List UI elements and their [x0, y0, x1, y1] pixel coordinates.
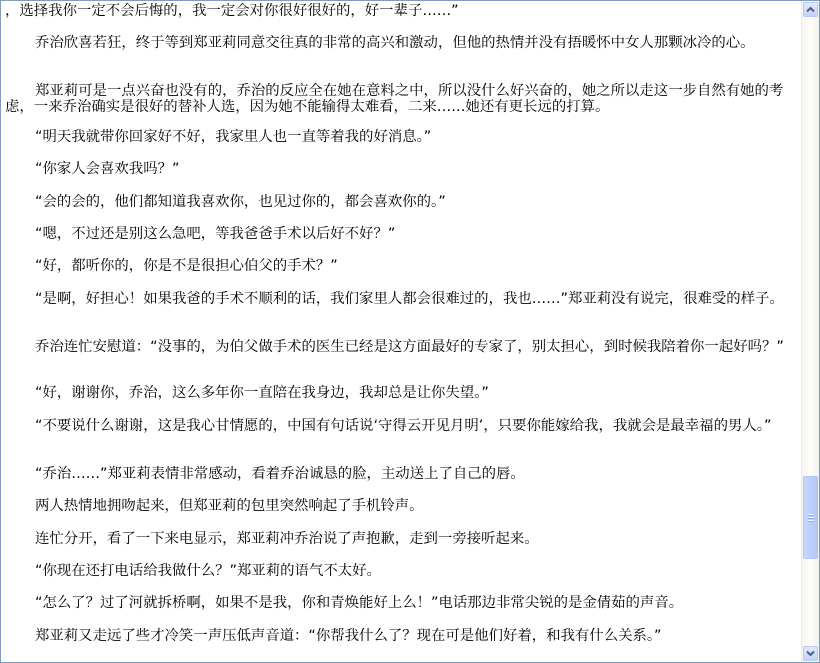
document-content: ，选择我你一定不会后悔的，我一定会对你很好很好的，好一辈子……” 乔治欣喜若狂，…: [1, 1, 803, 662]
paragraph: “你现在还打电话给我做什么？”郑亚莉的语气不太好。: [5, 563, 791, 579]
paragraph: 乔治连忙安慰道：“没事的，为伯父做手术的医生已经是这方面最好的专家了，别太担心，…: [5, 339, 791, 355]
paragraph: 乔治欣喜若狂，终于等到郑亚莉同意交往真的非常的高兴和激动，但他的热情并没有捂暖怀…: [5, 35, 791, 51]
scroll-thumb[interactable]: [803, 476, 818, 559]
paragraph: “嗯，不过还是别这么急吧，等我爸爸手术以后好不好？”: [5, 226, 791, 242]
vertical-scrollbar[interactable]: [801, 1, 819, 662]
chevron-up-icon: [806, 6, 815, 13]
paragraph: 郑亚莉又走远了些才冷笑一声压低声音道：“你帮我什么了？现在可是他们好着，和我有什…: [5, 628, 791, 644]
paragraph: 连忙分开，看了一下来电显示，郑亚莉冲乔治说了声抱歉，走到一旁接听起来。: [5, 531, 791, 547]
paragraph: “好，都听你的，你是不是很担心伯父的手术？”: [5, 258, 791, 274]
paragraph: “你家人会喜欢我吗？”: [5, 161, 791, 177]
text-viewer-window: ，选择我你一定不会后悔的，我一定会对你很好很好的，好一辈子……” 乔治欣喜若狂，…: [0, 0, 820, 663]
grip-icon: [808, 514, 814, 522]
paragraph: 两人热情地拥吻起来，但郑亚莉的包里突然响起了手机铃声。: [5, 498, 791, 514]
paragraph: “明天我就带你回家好不好，我家里人也一直等着我的好消息。”: [5, 129, 791, 145]
paragraph: “怎么了？过了河就拆桥啊，如果不是我，你和青焕能好上么！”电话那边非常尖锐的是金…: [5, 595, 791, 611]
paragraph: “乔治……”郑亚莉表情非常感动，看着乔治诚恳的脸，主动送上了自己的唇。: [5, 466, 791, 482]
paragraph: 郑亚莉可是一点兴奋也没有的，乔治的反应全在她在意料之中，所以没什么好兴奋的，她之…: [5, 83, 791, 115]
scroll-up-button[interactable]: [803, 2, 818, 17]
paragraph: “会的会的，他们都知道我喜欢你，也见过你的，都会喜欢你的。”: [5, 194, 791, 210]
paragraph: ，选择我你一定不会后悔的，我一定会对你很好很好的，好一辈子……”: [5, 3, 791, 19]
scroll-down-button[interactable]: [803, 646, 818, 661]
paragraph: “好，谢谢你，乔治，这么多年你一直陪在我身边，我却总是让你失望。”: [5, 385, 791, 401]
chevron-down-icon: [806, 650, 815, 657]
paragraph: “是啊，好担心！如果我爸的手术不顺利的话，我们家里人都会很难过的，我也……”郑亚…: [5, 291, 791, 307]
paragraph: “不要说什么谢谢，这是我心甘情愿的，中国有句话说‘守得云开见月明’，只要你能嫁给…: [5, 418, 791, 434]
